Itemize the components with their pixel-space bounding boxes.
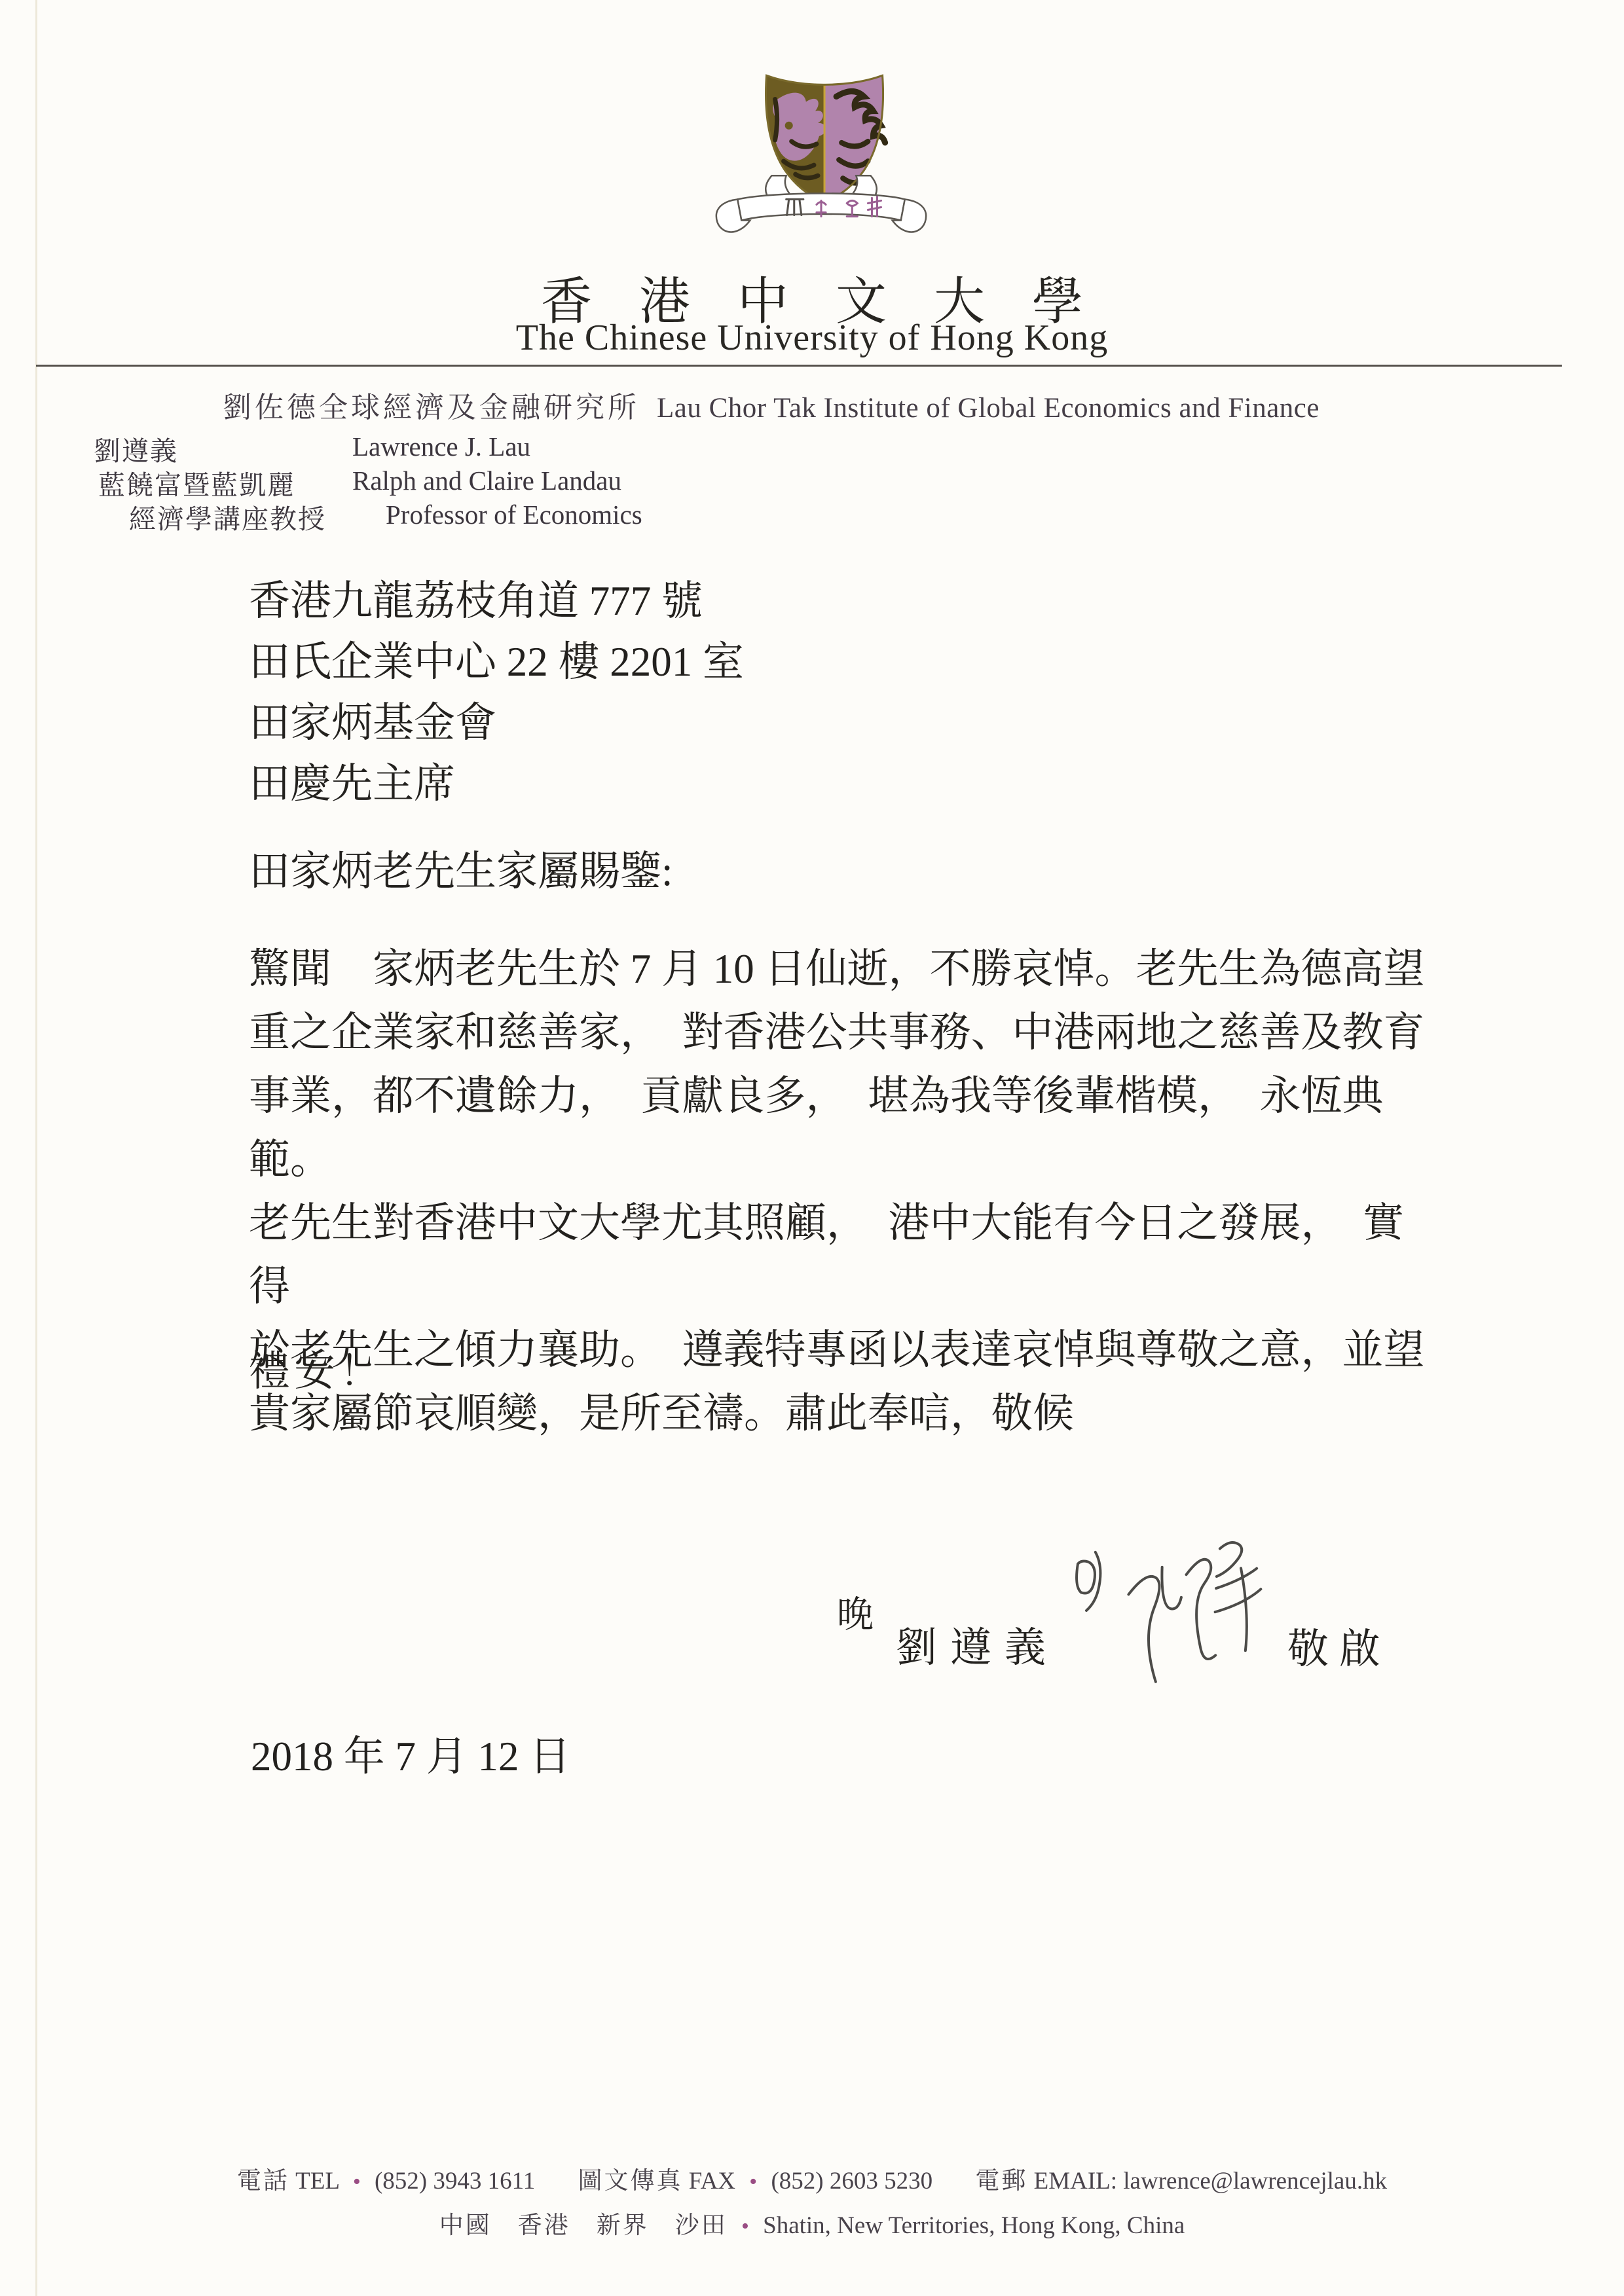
signer-printed-name: 劉遵義 — [896, 1614, 1059, 1674]
tel-label-cn: 電話 — [237, 2168, 289, 2195]
fax-label-en: FAX — [689, 2168, 735, 2195]
recipient-address-line: 香港九龍荔枝角道 777 號 — [249, 571, 744, 632]
letter-body: 驚聞 家炳老先生於 7 月 10 日仙逝，不勝哀悼。老先生為德高望 重之企業家和… — [249, 938, 1441, 1446]
institute-name-chinese: 劉佐德全球經濟及金融研究所 — [223, 392, 640, 424]
sender-name-english: Lawrence J. Lau — [352, 431, 530, 462]
email-address: lawrence@lawrencejlau.hk — [1123, 2168, 1387, 2195]
tel-label-en: TEL — [295, 2168, 339, 2195]
footer-fax-group: 圖文傳真 FAX • (852) 2603 5230 — [578, 2168, 939, 2195]
recipient-organization: 田家炳基金會 — [249, 693, 744, 754]
body-line: 事業，都不遺餘力， 貢獻良多， 堪為我等後輩楷模， 永恆典範。 — [249, 1065, 1441, 1192]
sender-row: 經濟學講座教授 Professor of Economics — [94, 498, 748, 532]
footer-contact-line: 電話 TEL • (852) 3943 1611 圖文傳真 FAX • (852… — [0, 2160, 1624, 2196]
sender-chair-chinese: 藍饒富暨藍凱麗 — [98, 464, 295, 502]
signature-suffix: 敬啟 — [1287, 1616, 1391, 1675]
body-line: 貴家屬節哀順變，是所至禱。肅此奉唁，敬候 — [249, 1382, 1441, 1446]
footer-tel-group: 電話 TEL • (852) 3943 1611 — [237, 2168, 542, 2195]
body-line: 於老先生之傾力襄助。 遵義特專函以表達哀悼與尊敬之意，並望 — [249, 1319, 1441, 1382]
scanned-letter-page: 香港中文大學 The Chinese University of Hong Ko… — [0, 0, 1624, 2296]
sender-title-english: Professor of Economics — [386, 499, 642, 530]
sender-name-chinese: 劉遵義 — [94, 429, 178, 468]
phoenix-eye — [785, 122, 793, 130]
salutation-line: 田家炳老先生家屬賜鑒: — [249, 838, 673, 898]
footer-address-line: 中國 香港 新界 沙田 • Shatin, New Territories, H… — [0, 2205, 1624, 2240]
tel-number: (852) 3943 1611 — [375, 2168, 535, 2195]
institute-name-line: 劉佐德全球經濟及金融研究所Lau Chor Tak Institute of G… — [223, 384, 1319, 426]
footer-address-chinese: 中國 香港 新界 沙田 — [439, 2212, 728, 2239]
sender-chair-english: Ralph and Claire Landau — [352, 465, 621, 496]
institute-name-english: Lau Chor Tak Institute of Global Economi… — [657, 393, 1319, 424]
bullet-separator: • — [353, 2170, 361, 2194]
sender-letterhead-block: 劉遵義 Lawrence J. Lau 藍饒富暨藍凱麗 Ralph and Cl… — [94, 429, 748, 532]
body-line: 重之企業家和慈善家， 對香港公共事務、中港兩地之慈善及教育 — [249, 1001, 1441, 1065]
body-line: 老先生對香港中文大學尤其照顧， 港中大能有今日之發展， 實得 — [249, 1192, 1441, 1319]
body-line: 驚聞 家炳老先生於 7 月 10 日仙逝，不勝哀悼。老先生為德高望 — [249, 938, 1441, 1001]
university-name-english: The Chinese University of Hong Kong — [0, 317, 1624, 359]
signature-prefix: 晚 — [837, 1586, 874, 1638]
recipient-person: 田慶先主席 — [249, 754, 744, 814]
bullet-separator: • — [741, 2214, 749, 2238]
email-label-cn: 電郵 — [975, 2168, 1027, 2195]
handwritten-signature — [1046, 1529, 1295, 1705]
fax-label-cn: 圖文傳真 — [578, 2168, 683, 2195]
bullet-separator: • — [749, 2170, 757, 2194]
closing-salute: 禮安！ — [249, 1338, 384, 1398]
sender-title-chinese: 經濟學講座教授 — [129, 498, 326, 536]
recipient-address-line: 田氏企業中心 22 樓 2201 室 — [249, 632, 744, 693]
sender-row: 藍饒富暨藍凱麗 Ralph and Claire Landau — [94, 464, 748, 498]
cuhk-crest-logo — [712, 62, 930, 240]
header-divider-rule — [36, 365, 1562, 367]
fax-number: (852) 2603 5230 — [771, 2168, 932, 2195]
footer-email-group: 電郵 EMAIL: lawrence@lawrencejlau.hk — [975, 2168, 1387, 2195]
letter-date: 2018 年 7 月 12 日 — [251, 1723, 570, 1783]
sender-row: 劉遵義 Lawrence J. Lau — [94, 429, 748, 464]
recipient-address-block: 香港九龍荔枝角道 777 號 田氏企業中心 22 樓 2201 室 田家炳基金會… — [249, 571, 744, 814]
email-label-en: EMAIL: — [1034, 2168, 1117, 2195]
footer-address-english: Shatin, New Territories, Hong Kong, Chin… — [763, 2212, 1185, 2239]
